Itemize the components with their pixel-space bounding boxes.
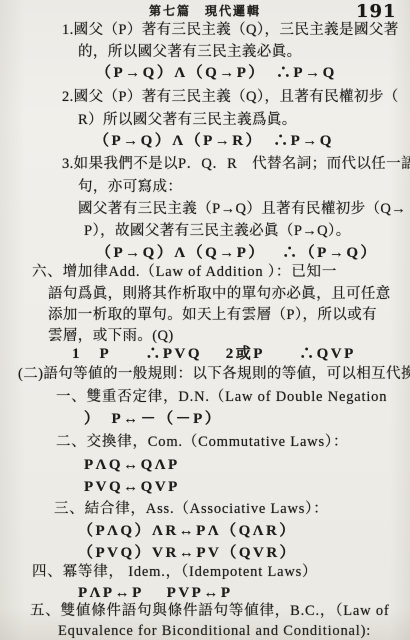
text-line: ） P↔－（－P）	[84, 409, 222, 429]
text-line: 五、雙値條件語句與條件語句等値律，B.C.，（Law of	[30, 601, 390, 621]
text-line: 一、雙重否定律，D.N.（Law of Double Negation	[56, 387, 387, 407]
text-line: （P→Q）Λ（P→R） ∴P→Q	[94, 131, 334, 151]
page-text-lines: 1.國父（P）著有三民主義（Q），三民主義是國父著的，所以國父著有三民主義必眞。…	[0, 0, 410, 640]
text-line: （P→Q）Λ（Q→P） ∴（P→Q）	[96, 243, 378, 263]
text-line: 的，所以國父著有三民主義必眞。	[78, 42, 302, 62]
text-line: PVQ↔QVP	[84, 477, 180, 497]
text-line: 添加一析取的單句。如天上有雲層（P），所以或有	[48, 305, 377, 325]
text-line: 二、交換律，Com.（Commutative Laws）：	[56, 432, 348, 452]
text-line: 1.國父（P）著有三民主義（Q），三民主義是國父著	[62, 20, 399, 40]
text-line: 三、結合律，Ass.（Associative Laws）：	[54, 499, 329, 519]
text-line: PΛQ↔QΛP	[84, 455, 180, 475]
scanned-book-page: 第七篇 現代邏輯 191 1.國父（P）著有三民主義（Q），三民主義是國父著的，…	[0, 0, 410, 640]
text-line: （PΛQ）ΛR↔PΛ（QΛR）	[78, 521, 297, 541]
text-line: Equvalence for Biconditional and Conditi…	[58, 621, 371, 640]
text-line: 四、冪等律， Idem.，（Idempotent Laws）	[32, 562, 317, 582]
text-line: 句，亦可寫成：	[78, 177, 182, 197]
text-line: （PVQ）VR↔PV（QVR）	[78, 543, 297, 563]
text-line: (二)語句等値的一般規則：以下各規則的等値，可以相互代換。	[18, 364, 410, 384]
text-line: P），故國父著有三民主義必眞（P→Q）。	[84, 221, 351, 241]
text-line: （P→Q）Λ（Q→P） ∴P→Q	[96, 63, 337, 83]
text-line: 3.如果我們不是以P．Q．R 代替名詞；而代以任一語	[62, 154, 410, 174]
text-line: 雲層，或下雨。(Q)	[48, 326, 174, 346]
text-line: 1 P ∴PVQ 2或P ∴QVP	[72, 344, 356, 364]
text-line: R）所以國父著有三民主義爲眞。	[78, 110, 297, 130]
text-line: PΛP↔P PVP↔P	[78, 583, 232, 603]
text-line: 語句爲眞，則將其作析取中的單句亦必眞，且可任意	[48, 284, 391, 304]
text-line: 六、增加律Add.（Law of Addition ）：已知一	[32, 262, 337, 282]
text-line: 國父著有三民主義（P→Q）且著有民權初步（Q→	[78, 199, 406, 219]
text-line: 2.國父（P）著有三民主義（Q），且著有民權初步（	[62, 87, 399, 107]
